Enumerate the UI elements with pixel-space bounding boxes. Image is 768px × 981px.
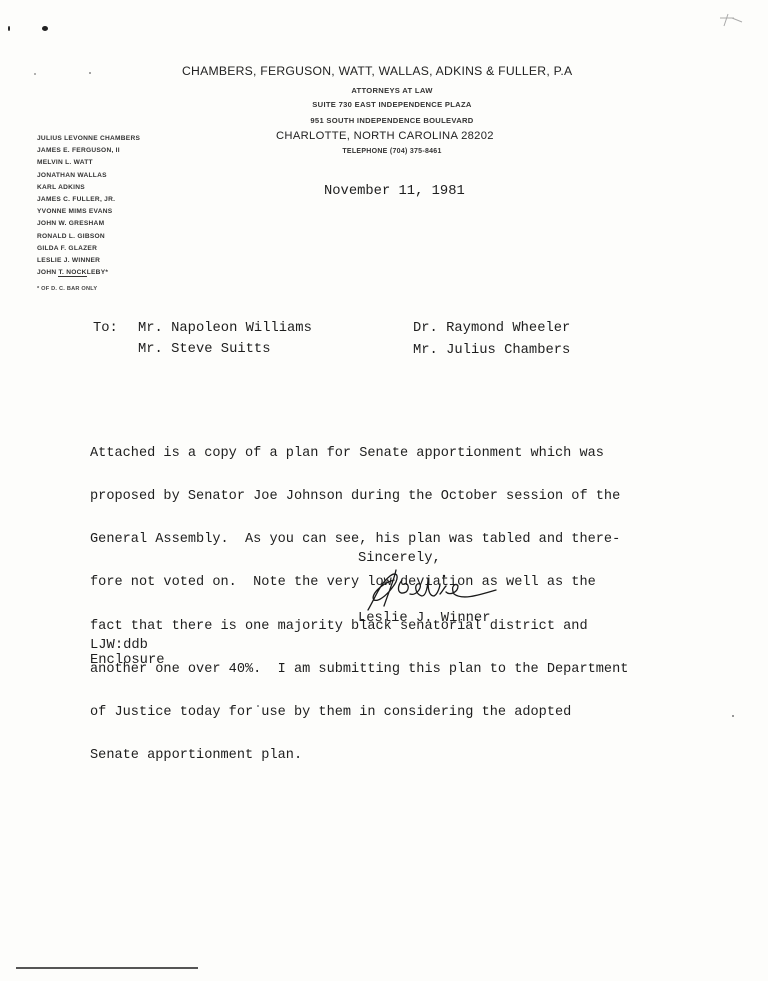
attorney-list: JULIUS LEVONNE CHAMBERS JAMES E. FERGUSO… xyxy=(37,133,140,279)
attorney-name: JOHN W. GRESHAM xyxy=(37,218,140,230)
recipient: Mr. Steve Suitts xyxy=(138,342,270,357)
bar-footnote: * OF D. C. BAR ONLY xyxy=(37,286,97,292)
attorney-name: JAMES E. FERGUSON, II xyxy=(37,145,140,157)
attorney-name: JAMES C. FULLER, JR. xyxy=(37,194,140,206)
reference-initials: LJW:ddb xyxy=(90,638,165,653)
recipient: Mr. Julius Chambers xyxy=(413,343,570,358)
closing: Sincerely, xyxy=(358,551,441,566)
firm-subtitle: ATTORNEYS AT LAW xyxy=(242,86,542,95)
body-line: of Justice today for use by them in cons… xyxy=(90,706,628,720)
firm-name: CHAMBERS, FERGUSON, WATT, WALLAS, ADKINS… xyxy=(182,64,572,78)
body-line: General Assembly. As you can see, his pl… xyxy=(90,533,628,547)
attorney-name: YVONNE MIMS EVANS xyxy=(37,206,140,218)
corner-mark-icon xyxy=(718,10,748,30)
scan-speck xyxy=(42,26,48,31)
recipient: Mr. Napoleon Williams xyxy=(138,321,312,336)
attorney-name-nockleby: JOHN T. NOCKLEBY* xyxy=(37,267,140,279)
address-line-2: 951 SOUTH INDEPENDENCE BOULEVARD xyxy=(242,116,542,125)
attorney-name: LESLIE J. WINNER xyxy=(37,255,140,267)
recipient: Dr. Raymond Wheeler xyxy=(413,321,570,336)
telephone: TELEPHONE (704) 375-8461 xyxy=(242,148,542,155)
enclosure-note: Enclosure xyxy=(90,653,165,668)
to-label: To: xyxy=(93,321,118,336)
scan-speck xyxy=(732,715,734,717)
attorney-name: JONATHAN WALLAS xyxy=(37,170,140,182)
body-line: Senate apportionment plan. xyxy=(90,749,628,763)
scan-speck xyxy=(34,73,36,75)
signer-name: Leslie J. Winner xyxy=(358,611,490,626)
attorney-name: JULIUS LEVONNE CHAMBERS xyxy=(37,133,140,145)
name-part: JOHN xyxy=(37,269,58,276)
body-line: proposed by Senator Joe Johnson during t… xyxy=(90,490,628,504)
letter-date: November 11, 1981 xyxy=(324,184,465,199)
city-line: CHARLOTTE, NORTH CAROLINA 28202 xyxy=(276,130,494,142)
bottom-rule xyxy=(16,967,198,969)
attorney-name: MELVIN L. WATT xyxy=(37,157,140,169)
body-line: Attached is a copy of a plan for Senate … xyxy=(90,447,628,461)
name-part: LEBY* xyxy=(87,269,108,276)
reference-block: LJW:ddb Enclosure xyxy=(90,638,165,668)
attorney-name: RONALD L. GIBSON xyxy=(37,231,140,243)
scan-speck xyxy=(8,26,10,31)
letter-body: Attached is a copy of a plan for Senate … xyxy=(90,418,628,778)
body-line: another one over 40%. I am submitting th… xyxy=(90,663,628,677)
body-line: fore not voted on. Note the very low dev… xyxy=(90,576,628,590)
signature-icon xyxy=(366,566,506,614)
scan-speck xyxy=(257,705,259,707)
attorney-name: GILDA F. GLAZER xyxy=(37,243,140,255)
name-part-underlined: T. NOCK xyxy=(58,269,86,277)
scan-speck xyxy=(89,72,91,74)
attorney-name: KARL ADKINS xyxy=(37,182,140,194)
address-line-1: SUITE 730 EAST INDEPENDENCE PLAZA xyxy=(242,100,542,109)
